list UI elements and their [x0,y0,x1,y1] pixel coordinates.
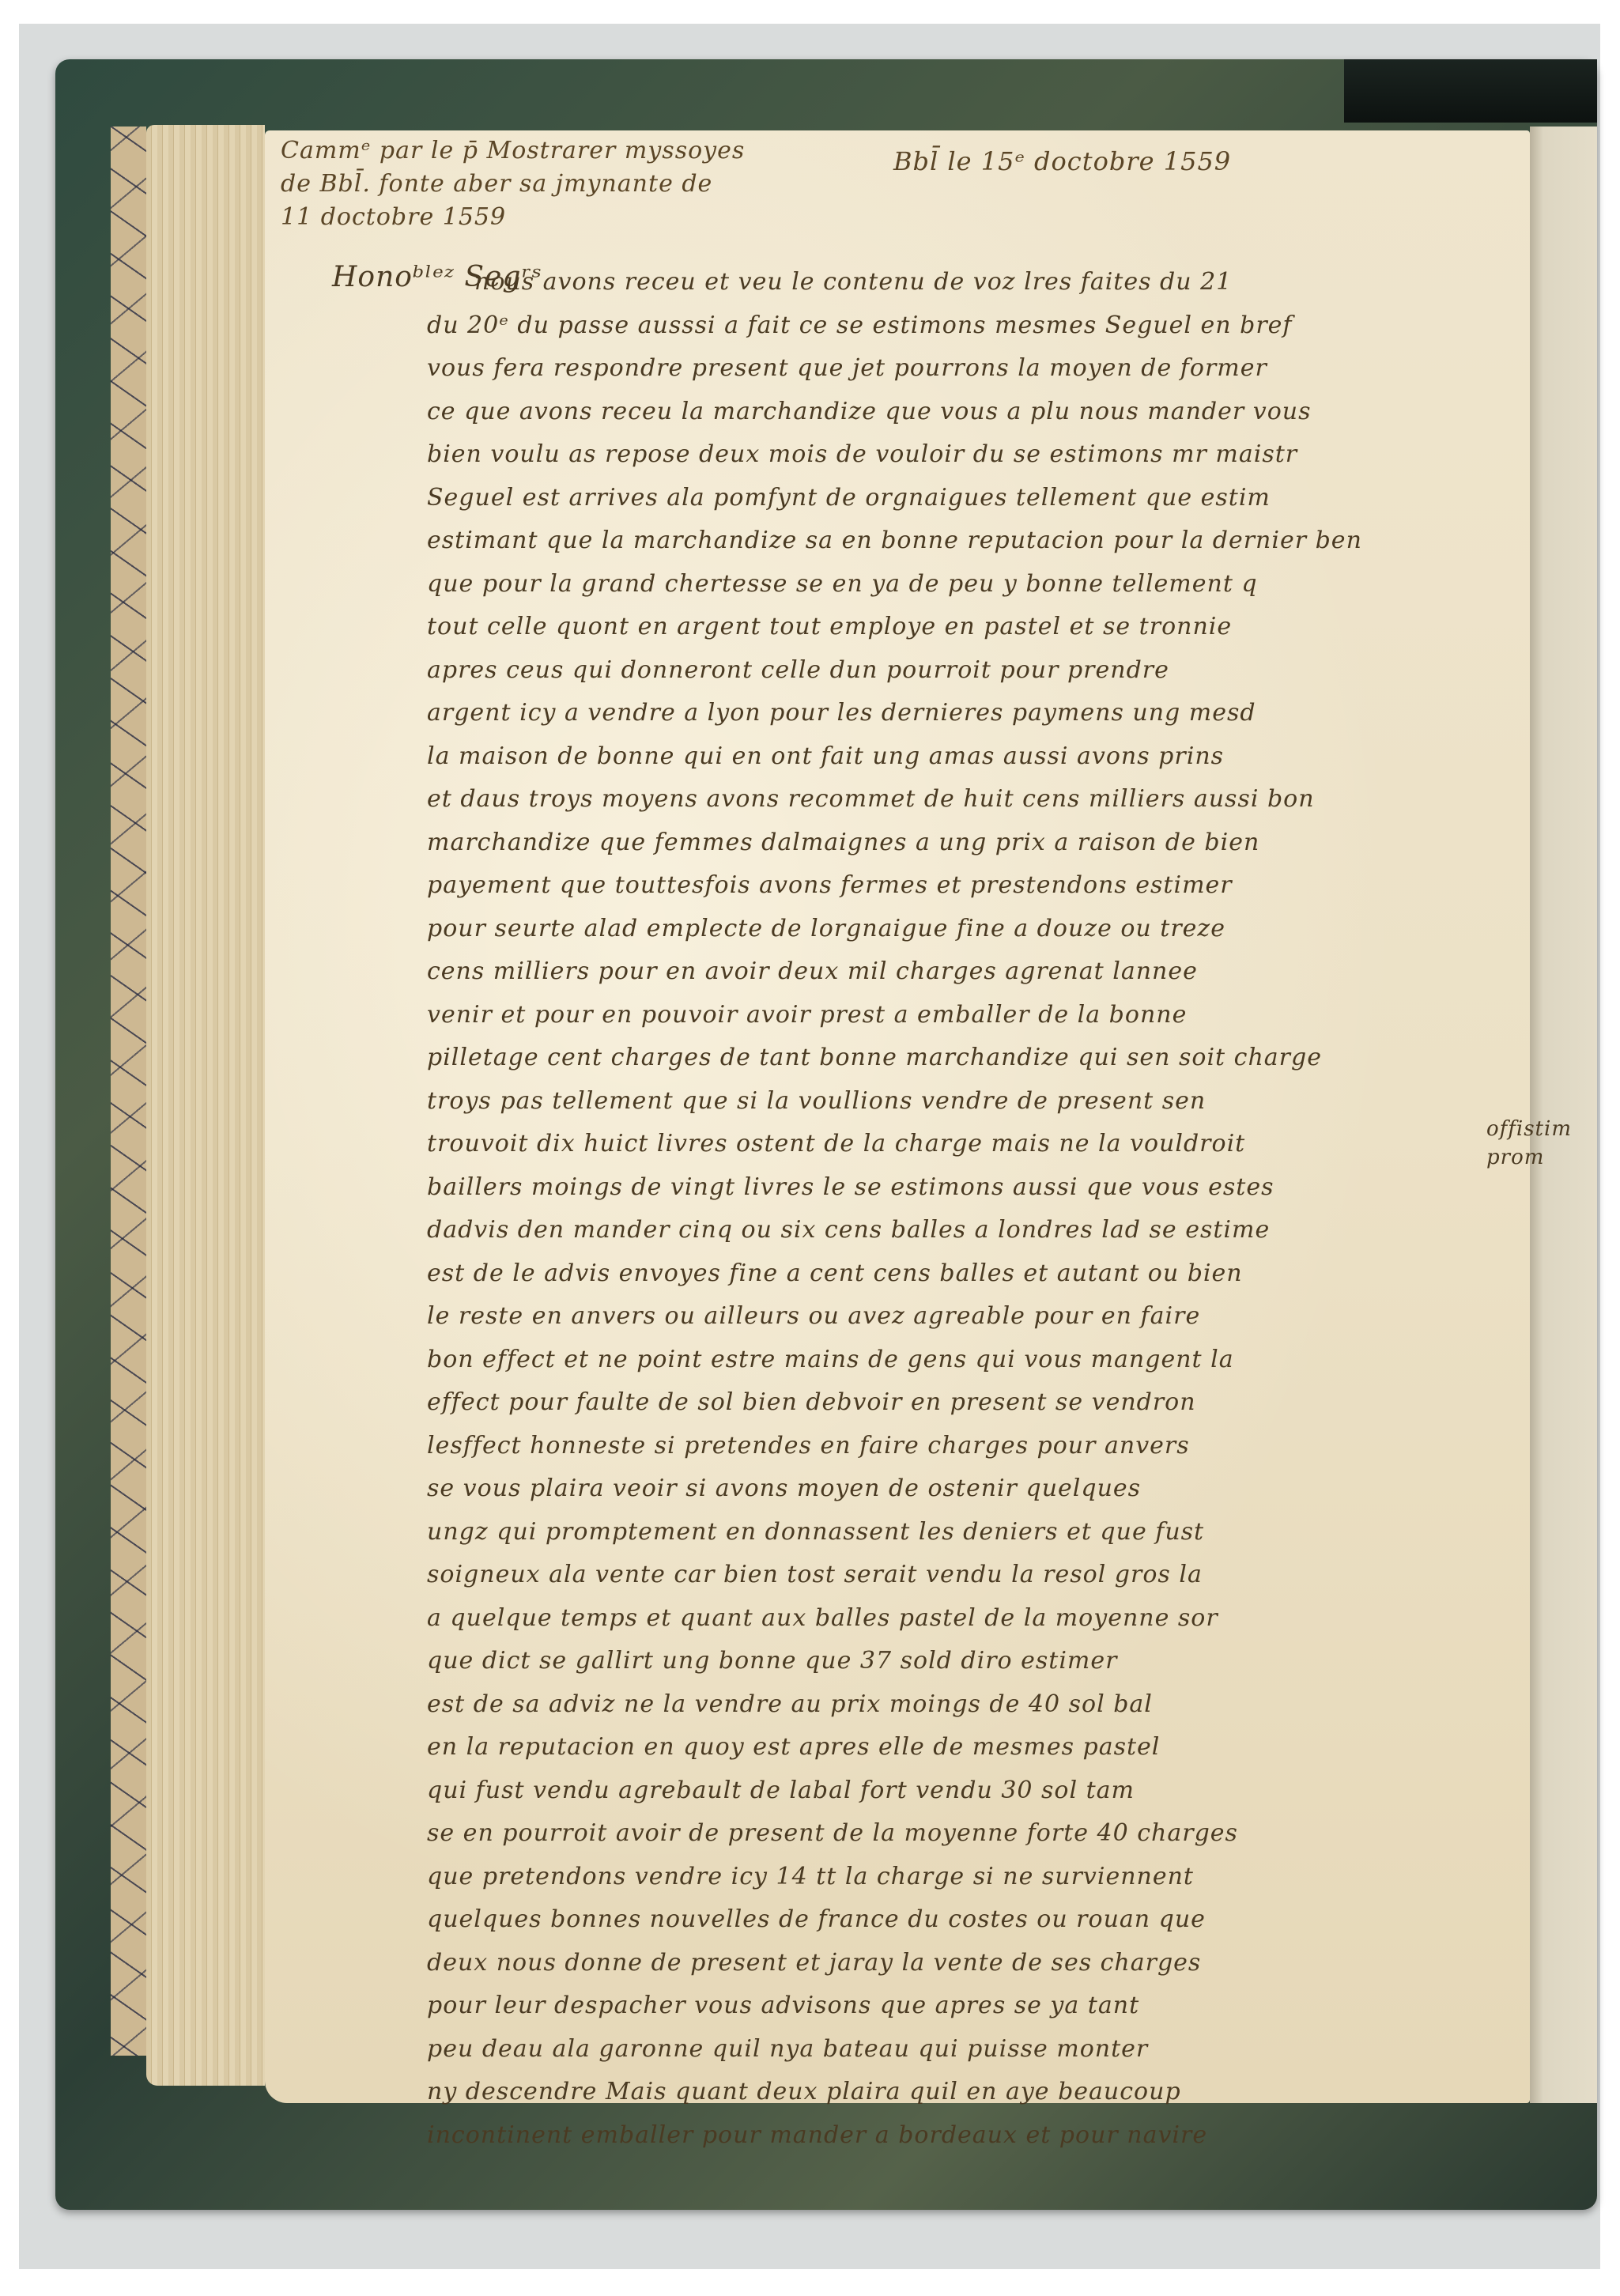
text-line: dadvis den mander cinq ou six cens balle… [427,1209,1518,1252]
text-line: cens milliers pour en avoir deux mil cha… [427,950,1518,994]
text-line: apres ceus qui donneront celle dun pourr… [427,649,1518,693]
margin-note-line-2: prom [1486,1143,1572,1172]
text-line: le reste en anvers ou ailleurs ou avez a… [427,1295,1518,1339]
text-line: incontinent emballer pour mander a borde… [427,2114,1518,2158]
text-line: quelques bonnes nouvelles de france du c… [427,1898,1518,1942]
text-line: pour leur despacher vous advisons que ap… [427,1984,1518,2028]
text-line: estimant que la marchandize sa en bonne … [427,519,1518,563]
text-line: effect pour faulte de sol bien debvoir e… [427,1381,1518,1425]
letter-body: nous avons receu et veu le contenu de vo… [427,261,1518,2157]
text-line: argent icy a vendre a lyon pour les dern… [427,692,1518,735]
heading-line-3: 11 doctobre 1559 [281,201,745,234]
text-line: troys pas tellement que si la voullions … [427,1080,1518,1123]
text-line: que dict se gallirt ung bonne que 37 sol… [427,1640,1518,1683]
text-line: Seguel est arrives ala pomfynt de orgnai… [427,477,1518,520]
heading-line-1: Cammᵉ par le p̄ Mostrarer myssoyes [281,134,745,168]
text-line: bien voulu as repose deux mois de vouloi… [427,433,1518,477]
heading-line-2: de Bbl̄. fonte aber sa jmynante de [281,168,745,201]
text-line: du 20ᵉ du passe ausssi a fait ce se esti… [427,304,1518,348]
text-line: marchandize que femmes dalmaignes a ung … [427,821,1518,865]
text-line: ungz qui promptement en donnassent les d… [427,1511,1518,1554]
text-line: peu deau ala garonne quil nya bateau qui… [427,2028,1518,2071]
text-line: en la reputacion en quoy est apres elle … [427,1726,1518,1769]
letter-heading: Cammᵉ par le p̄ Mostrarer myssoyes de Bb… [281,134,745,234]
text-line: est de sa adviz ne la vendre au prix moi… [427,1683,1518,1727]
margin-note-line-1: offistim [1486,1115,1572,1143]
text-line: se vous plaira veoir si avons moyen de o… [427,1467,1518,1511]
text-line: pour seurte alad emplecte de lorgnaigue … [427,908,1518,951]
text-line: baillers moings de vingt livres le se es… [427,1166,1518,1210]
text-line: qui fust vendu agrebault de labal fort v… [427,1769,1518,1813]
text-line: et daus troys moyens avons recommet de h… [427,778,1518,821]
text-line: ny descendre Mais quant deux plaira quil… [427,2071,1518,2114]
text-line: venir et pour en pouvoir avoir prest a e… [427,994,1518,1037]
text-line: bon effect et ne point estre mains de ge… [427,1339,1518,1382]
text-line: soigneux ala vente car bien tost serait … [427,1554,1518,1597]
text-line: la maison de bonne qui en ont fait ung a… [427,735,1518,779]
margin-note: offistim prom [1486,1115,1572,1172]
book-cover-spine-edge [1344,59,1597,123]
text-line: a quelque temps et quant aux balles past… [427,1597,1518,1641]
text-line: se en pourroit avoir de present de la mo… [427,1812,1518,1856]
text-line: ce que avons receu la marchandize que vo… [427,391,1518,434]
text-line: est de le advis envoyes fine a cent cens… [427,1252,1518,1296]
text-line: nous avons receu et veu le contenu de vo… [427,261,1518,304]
text-line: payement que touttesfois avons fermes et… [427,864,1518,908]
letter-date: Bbl̄ le 15ᵉ doctobre 1559 [893,146,1231,176]
text-line: vous fera respondre present que jet pour… [427,347,1518,391]
page-edges [146,125,265,2086]
text-line: pilletage cent charges de tant bonne mar… [427,1037,1518,1080]
text-line: que pour la grand chertesse se en ya de … [427,563,1518,606]
text-line: lesffect honneste si pretendes en faire … [427,1425,1518,1468]
text-line: deux nous donne de present et jaray la v… [427,1942,1518,1985]
text-line: que pretendons vendre icy 14 tt la charg… [427,1856,1518,1899]
marbled-endpaper [111,127,146,2056]
text-line: tout celle quont en argent tout employe … [427,606,1518,649]
text-line: trouvoit dix huict livres ostent de la c… [427,1123,1518,1166]
